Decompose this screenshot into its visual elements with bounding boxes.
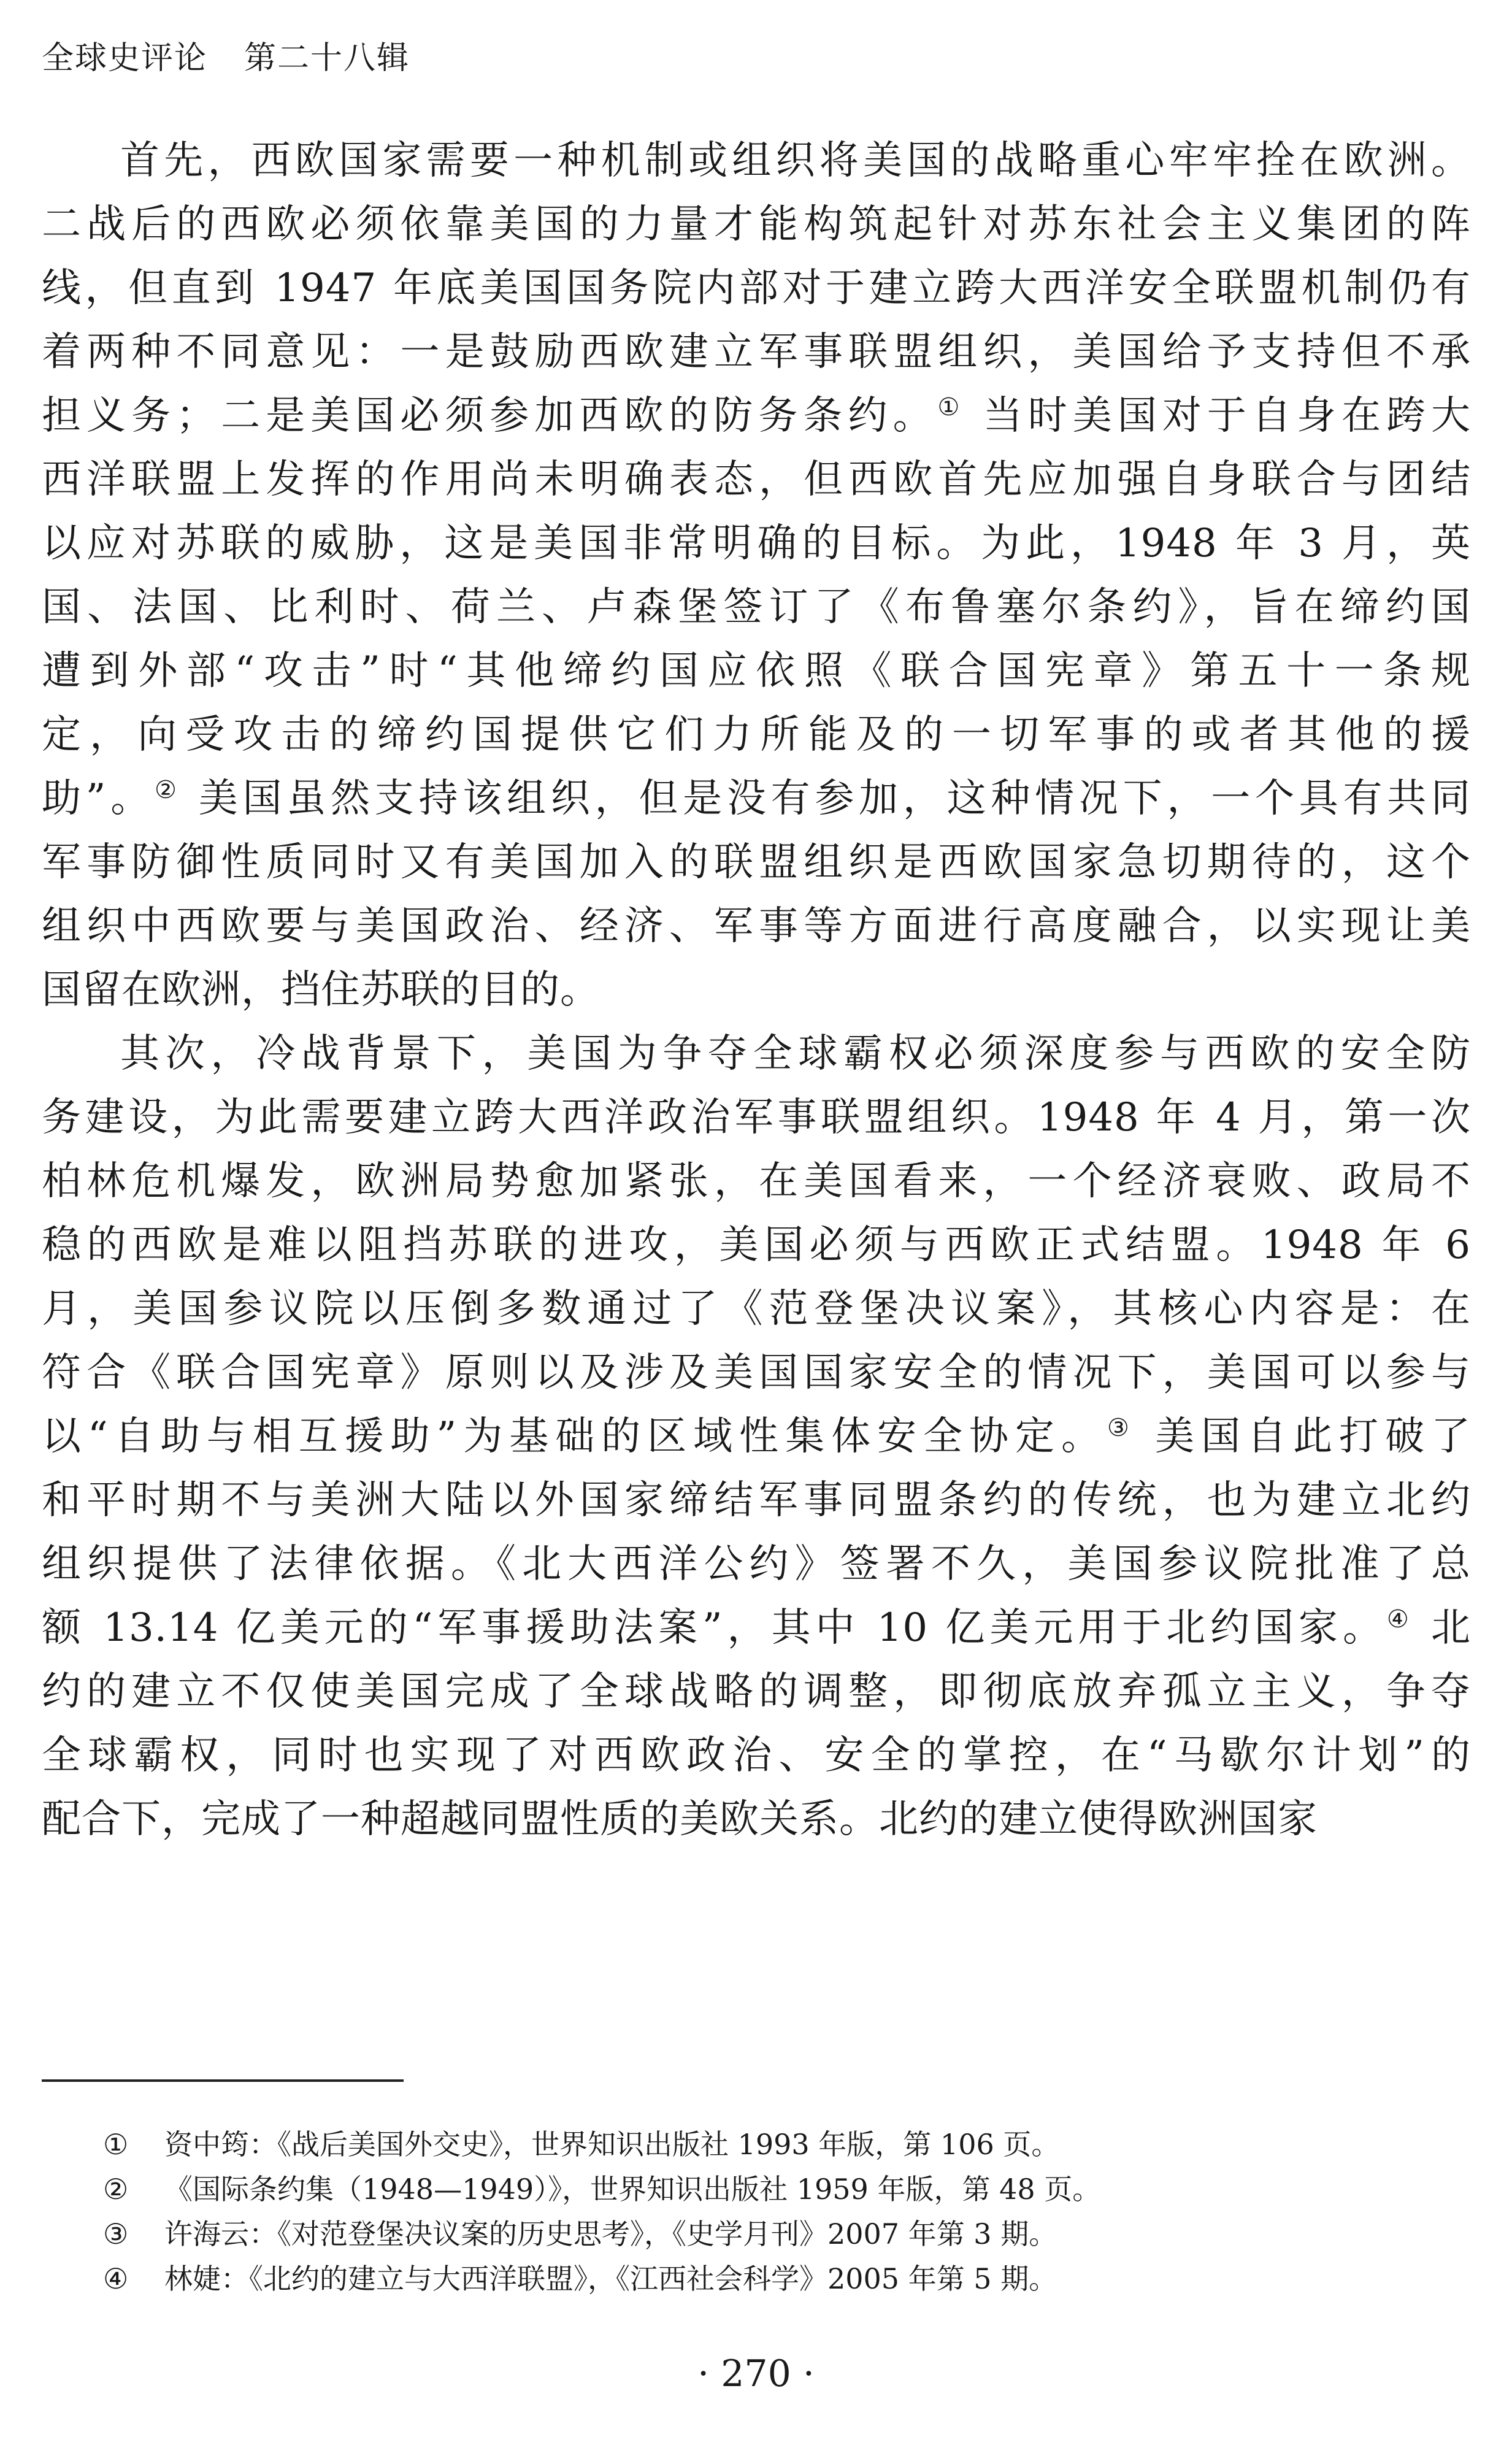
text-line: 线，但直到 1947 年底美国国务院内部对于建立跨大西洋安全联盟机制仍有 (42, 256, 1471, 320)
footnote-text: 《国际条约集（1948—1949）》，世界知识出版社 1959 年版，第 48 … (164, 2173, 1100, 2206)
footnote-divider (42, 2079, 404, 2082)
footnote-text: 林婕：《北约的建立与大西洋联盟》，《江西社会科学》2005 年第 5 期。 (164, 2262, 1057, 2295)
text-line: 其次，冷战背景下，美国为争夺全球霸权必须深度参与西欧的安全防 (42, 1022, 1471, 1086)
footnote-reference[interactable]: ② (155, 776, 182, 804)
footnote-reference[interactable]: ④ (1387, 1605, 1414, 1633)
footnote-text: 资中筠：《战后美国外交史》，世界知识出版社 1993 年版，第 106 页。 (164, 2128, 1059, 2161)
text-line: 遭到外部“攻击”时“其他缔约国应依照《联合国宪章》第五十一条规 (42, 639, 1471, 703)
footnote-marker: ④ (103, 2257, 164, 2301)
text-line: 组织提供了法律依据。《北大西洋公约》签署不久，美国参议院批准了总 (42, 1532, 1471, 1596)
text-line: 组织中西欧要与美国政治、经济、军事等方面进行高度融合，以实现让美 (42, 894, 1471, 958)
paragraph-1: 首先，西欧国家需要一种机制或组织将美国的战略重心牢牢拴在欧洲。二战后的西欧必须依… (42, 129, 1471, 1022)
text-line: 军事防御性质同时又有美国加入的联盟组织是西欧国家急切期待的，这个 (42, 831, 1471, 894)
issue-label: 第二十八辑 (244, 40, 410, 77)
text-line: 柏林危机爆发，欧洲局势愈加紧张，在美国看来，一个经济衰败、政局不 (42, 1149, 1471, 1213)
text-line: 务建设，为此需要建立跨大西洋政治军事联盟组织。1948 年 4 月，第一次 (42, 1086, 1471, 1149)
text-line: 约的建立不仅使美国完成了全球战略的调整，即彻底放弃孤立主义，争夺 (42, 1660, 1471, 1724)
footnote-reference[interactable]: ③ (1107, 1414, 1136, 1442)
body-text: 首先，西欧国家需要一种机制或组织将美国的战略重心牢牢拴在欧洲。二战后的西欧必须依… (42, 129, 1471, 1851)
footnotes: ①资中筠：《战后美国外交史》，世界知识出版社 1993 年版，第 106 页。 … (103, 2122, 1100, 2301)
text-line: 以应对苏联的威胁，这是美国非常明确的目标。为此，1948 年 3 月，英 (42, 512, 1471, 575)
paragraph-2: 其次，冷战背景下，美国为争夺全球霸权必须深度参与西欧的安全防务建设，为此需要建立… (42, 1022, 1471, 1851)
text-line: 西洋联盟上发挥的作用尚未明确表态，但西欧首先应加强自身联合与团结 (42, 448, 1471, 512)
text-line: 着两种不同意见：一是鼓励西欧建立军事联盟组织，美国给予支持但不承 (42, 320, 1471, 384)
footnote-marker: ② (103, 2167, 164, 2212)
footnote-marker: ③ (103, 2212, 164, 2257)
text-line: 额 13.14 亿美元的“军事援助法案”，其中 10 亿美元用于北约国家。④ 北 (42, 1596, 1471, 1660)
text-line: 二战后的西欧必须依靠美国的力量才能构筑起针对苏东社会主义集团的阵 (42, 193, 1471, 256)
running-header: 全球史评论第二十八辑 (42, 37, 410, 80)
page-number: · 270 · (0, 2349, 1512, 2398)
text-line: 符合《联合国宪章》原则以及涉及美国国家安全的情况下，美国可以参与 (42, 1341, 1471, 1405)
text-line: 以“自助与相互援助”为基础的区域性集体安全协定。③ 美国自此打破了 (42, 1405, 1471, 1468)
text-line: 助”。② 美国虽然支持该组织，但是没有参加，这种情况下，一个具有共同 (42, 767, 1471, 831)
footnote-marker: ① (103, 2122, 164, 2167)
footnote-1: ①资中筠：《战后美国外交史》，世界知识出版社 1993 年版，第 106 页。 (103, 2122, 1100, 2167)
footnote-text: 许海云：《对范登堡决议案的历史思考》，《史学月刊》2007 年第 3 期。 (164, 2217, 1057, 2251)
text-line: 和平时期不与美洲大陆以外国家缔结军事同盟条约的传统，也为建立北约 (42, 1468, 1471, 1532)
text-line: 国、法国、比利时、荷兰、卢森堡签订了《布鲁塞尔条约》，旨在缔约国 (42, 575, 1471, 639)
footnote-4: ④林婕：《北约的建立与大西洋联盟》，《江西社会科学》2005 年第 5 期。 (103, 2257, 1100, 2301)
footnote-2: ②《国际条约集（1948—1949）》，世界知识出版社 1959 年版，第 48… (103, 2167, 1100, 2212)
text-line: 定，向受攻击的缔约国提供它们力所能及的一切军事的或者其他的援 (42, 703, 1471, 767)
text-line: 首先，西欧国家需要一种机制或组织将美国的战略重心牢牢拴在欧洲。 (42, 129, 1471, 193)
journal-title: 全球史评论 (42, 40, 207, 77)
text-line: 担义务；二是美国必须参加西欧的防务条约。① 当时美国对于自身在跨大 (42, 384, 1471, 448)
text-line: 配合下，完成了一种超越同盟性质的美欧关系。北约的建立使得欧洲国家 (42, 1787, 1471, 1851)
footnote-3: ③许海云：《对范登堡决议案的历史思考》，《史学月刊》2007 年第 3 期。 (103, 2212, 1100, 2257)
text-line: 全球霸权，同时也实现了对西欧政治、安全的掌控，在“马歇尔计划”的 (42, 1724, 1471, 1787)
text-line: 国留在欧洲，挡住苏联的目的。 (42, 958, 1471, 1022)
text-line: 稳的西欧是难以阻挡苏联的进攻，美国必须与西欧正式结盟。1948 年 6 (42, 1213, 1471, 1277)
footnote-reference[interactable]: ① (938, 393, 965, 421)
text-line: 月，美国参议院以压倒多数通过了《范登堡决议案》，其核心内容是：在 (42, 1277, 1471, 1341)
